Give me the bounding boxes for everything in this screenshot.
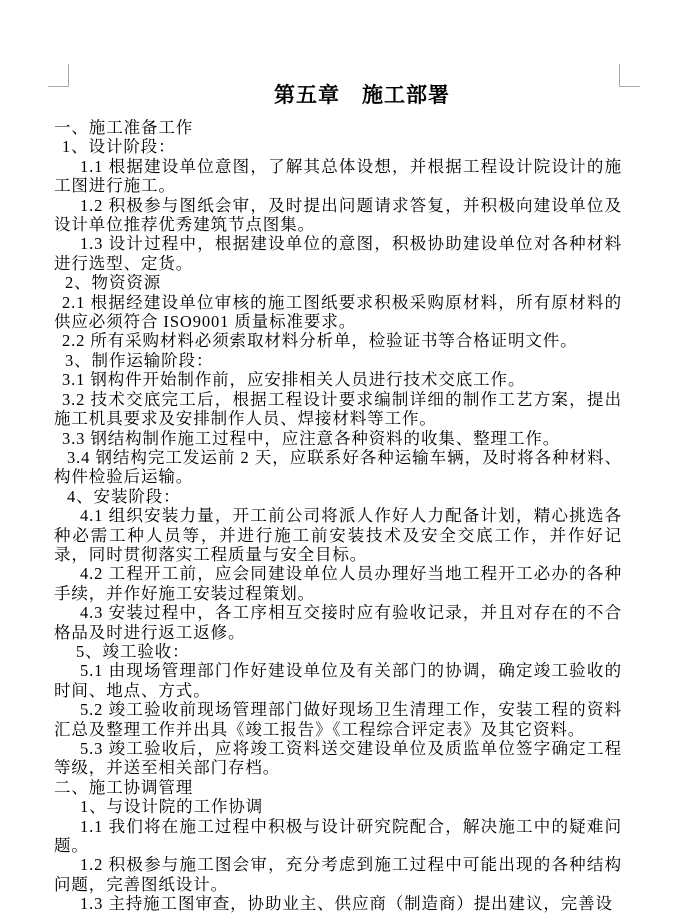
paragraph: 5.3 竣工验收后，应将竣工资料送交建设单位及质监单位签字确定工程等级，并送至相… — [54, 739, 622, 778]
paragraph: 一、施工准备工作 — [54, 118, 622, 137]
paragraph: 1.2 积极参与图纸会审，及时提出问题请求答复，并积极向建设单位及设计单位推荐优… — [54, 196, 622, 235]
paragraph: 二、施工协调管理 — [54, 778, 622, 797]
paragraph: 4、安装阶段： — [54, 487, 622, 506]
paragraph: 1、设计阶段： — [54, 137, 622, 156]
paragraph: 1、与设计院的工作协调 — [54, 797, 622, 816]
paragraph: 1.3 设计过程中，根据建设单位的意图，积极协助建设单位对各种材料进行选型、定货… — [54, 234, 622, 273]
paragraph-list: 一、施工准备工作1、设计阶段：1.1 根据建设单位意图，了解其总体设想，并根据工… — [54, 118, 622, 914]
paragraph: 3、制作运输阶段： — [54, 351, 622, 370]
chapter-title: 第五章 施工部署 — [54, 83, 622, 107]
paragraph: 4.1 组织安装力量，开工前公司将派人作好人力配备计划，精心挑选各种必需工种人员… — [54, 506, 622, 564]
document-page: 第五章 施工部署 一、施工准备工作1、设计阶段：1.1 根据建设单位意图，了解其… — [0, 0, 680, 920]
margin-mark-top-right — [619, 64, 640, 87]
text-area[interactable]: 第五章 施工部署 一、施工准备工作1、设计阶段：1.1 根据建设单位意图，了解其… — [54, 83, 622, 914]
paragraph: 2、物资资源 — [54, 273, 622, 292]
paragraph: 5、竣工验收： — [54, 642, 622, 661]
paragraph: 5.1 由现场管理部门作好建设单位及有关部门的协调，确定竣工验收的时间、地点、方… — [54, 661, 622, 700]
paragraph: 3.1 钢构件开始制作前，应安排相关人员进行技术交底工作。 — [54, 370, 622, 389]
paragraph: 1.1 根据建设单位意图，了解其总体设想，并根据工程设计院设计的施工图进行施工。 — [54, 157, 622, 196]
paragraph: 2.2 所有采购材料必须索取材料分析单，检验证书等合格证明文件。 — [54, 331, 622, 350]
paragraph: 4.3 安装过程中，各工序相互交接时应有验收记录，并且对存在的不合格品及时进行返… — [54, 603, 622, 642]
paragraph: 1.1 我们将在施工过程中积极与设计研究院配合，解决施工中的疑难问题。 — [54, 817, 622, 856]
paragraph: 4.2 工程开工前，应会同建设单位人员办理好当地工程开工必办的各种手续，并作好施… — [54, 564, 622, 603]
paragraph: 3.2 技术交底完工后，根据工程设计要求编制详细的制作工艺方案，提出施工机具要求… — [54, 390, 622, 429]
paragraph: 1.3 主持施工图审查，协助业主、供应商（制造商）提出建议，完善设 — [54, 894, 622, 913]
paragraph: 3.4 钢结构完工发运前 2 天，应联系好各种运输车辆，及时将各种材料、构件检验… — [54, 448, 622, 487]
paragraph: 5.2 竣工验收前现场管理部门做好现场卫生清理工作，安装工程的资料汇总及整理工作… — [54, 700, 622, 739]
paragraph: 1.2 积极参与施工图会审，充分考虑到施工过程中可能出现的各种结构问题，完善图纸… — [54, 855, 622, 894]
paragraph: 2.1 根据经建设单位审核的施工图纸要求积极采购原材料，所有原材料的供应必须符合… — [54, 293, 622, 332]
paragraph: 3.3 钢结构制作施工过程中，应注意各种资料的收集、整理工作。 — [54, 429, 622, 448]
